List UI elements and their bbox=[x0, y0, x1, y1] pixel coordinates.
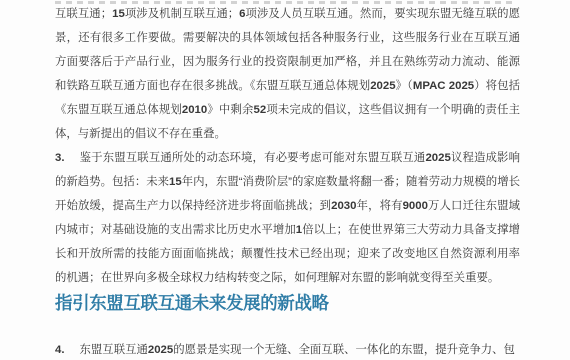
document-page: 互联互通；15项涉及机制互联互通；6项涉及人员互联互通。然而，要实现东盟无缝互联… bbox=[0, 0, 570, 360]
paragraph-3: 3.鉴于东盟互联互通所处的动态环境，有必要考虑可能对东盟互联互通2025议程造成… bbox=[55, 146, 520, 290]
page-content: 互联互通；15项涉及机制互联互通；6项涉及人员互联互通。然而，要实现东盟无缝互联… bbox=[55, 0, 520, 360]
paragraph-2-continuation: 互联互通；15项涉及机制互联互通；6项涉及人员互联互通。然而，要实现东盟无缝互联… bbox=[55, 2, 520, 146]
paragraph-4: 4.东盟互联互通2025的愿景是实现一个无缝、全面互联、一体化的东盟，提升竞争力… bbox=[55, 338, 520, 360]
section-heading: 指引东盟互联互通未来发展的新战略 bbox=[55, 290, 520, 316]
paragraph-3-number: 3. bbox=[55, 146, 65, 170]
paragraph-3-text: 鉴于东盟互联互通所处的动态环境，有必要考虑可能对东盟互联互通2025议程造成影响… bbox=[55, 152, 520, 284]
paragraph-4-text: 东盟互联互通2025的愿景是实现一个无缝、全面互联、一体化的东盟，提升竞争力、包 bbox=[80, 344, 515, 356]
paragraph-4-number: 4. bbox=[55, 338, 65, 360]
